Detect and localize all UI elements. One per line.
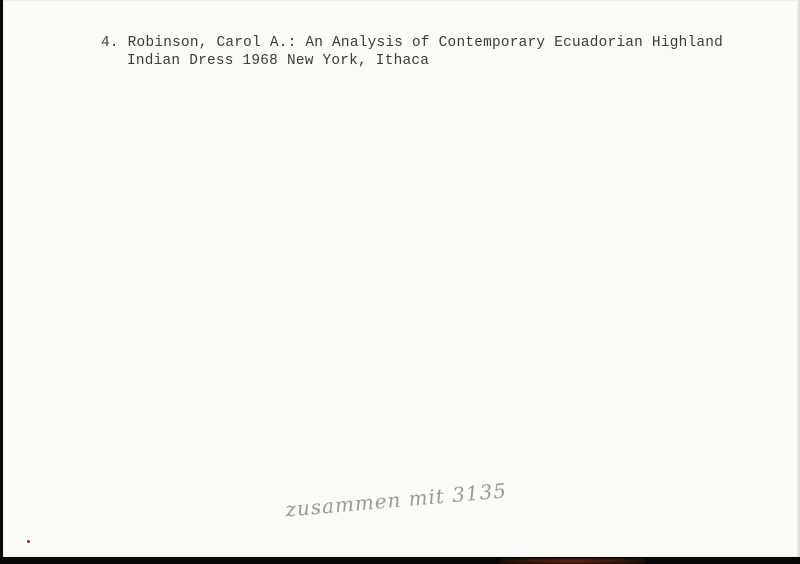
entry-citation: Robinson, Carol A.: An Analysis of Conte… <box>128 35 723 51</box>
scan-artifact <box>500 558 645 564</box>
entry-line-1: 4. Robinson, Carol A.: An Analysis of Co… <box>101 34 723 52</box>
index-card: 4. Robinson, Carol A.: An Analysis of Co… <box>3 0 800 557</box>
entry-line-2: Indian Dress 1968 New York, Ithaca <box>101 52 723 70</box>
handwritten-note: zusammen mit 3135 <box>284 478 508 521</box>
entry-number: 4. <box>101 35 119 51</box>
scan-border <box>0 557 800 564</box>
ink-spot <box>27 540 30 543</box>
bibliography-entry: 4. Robinson, Carol A.: An Analysis of Co… <box>101 34 723 70</box>
